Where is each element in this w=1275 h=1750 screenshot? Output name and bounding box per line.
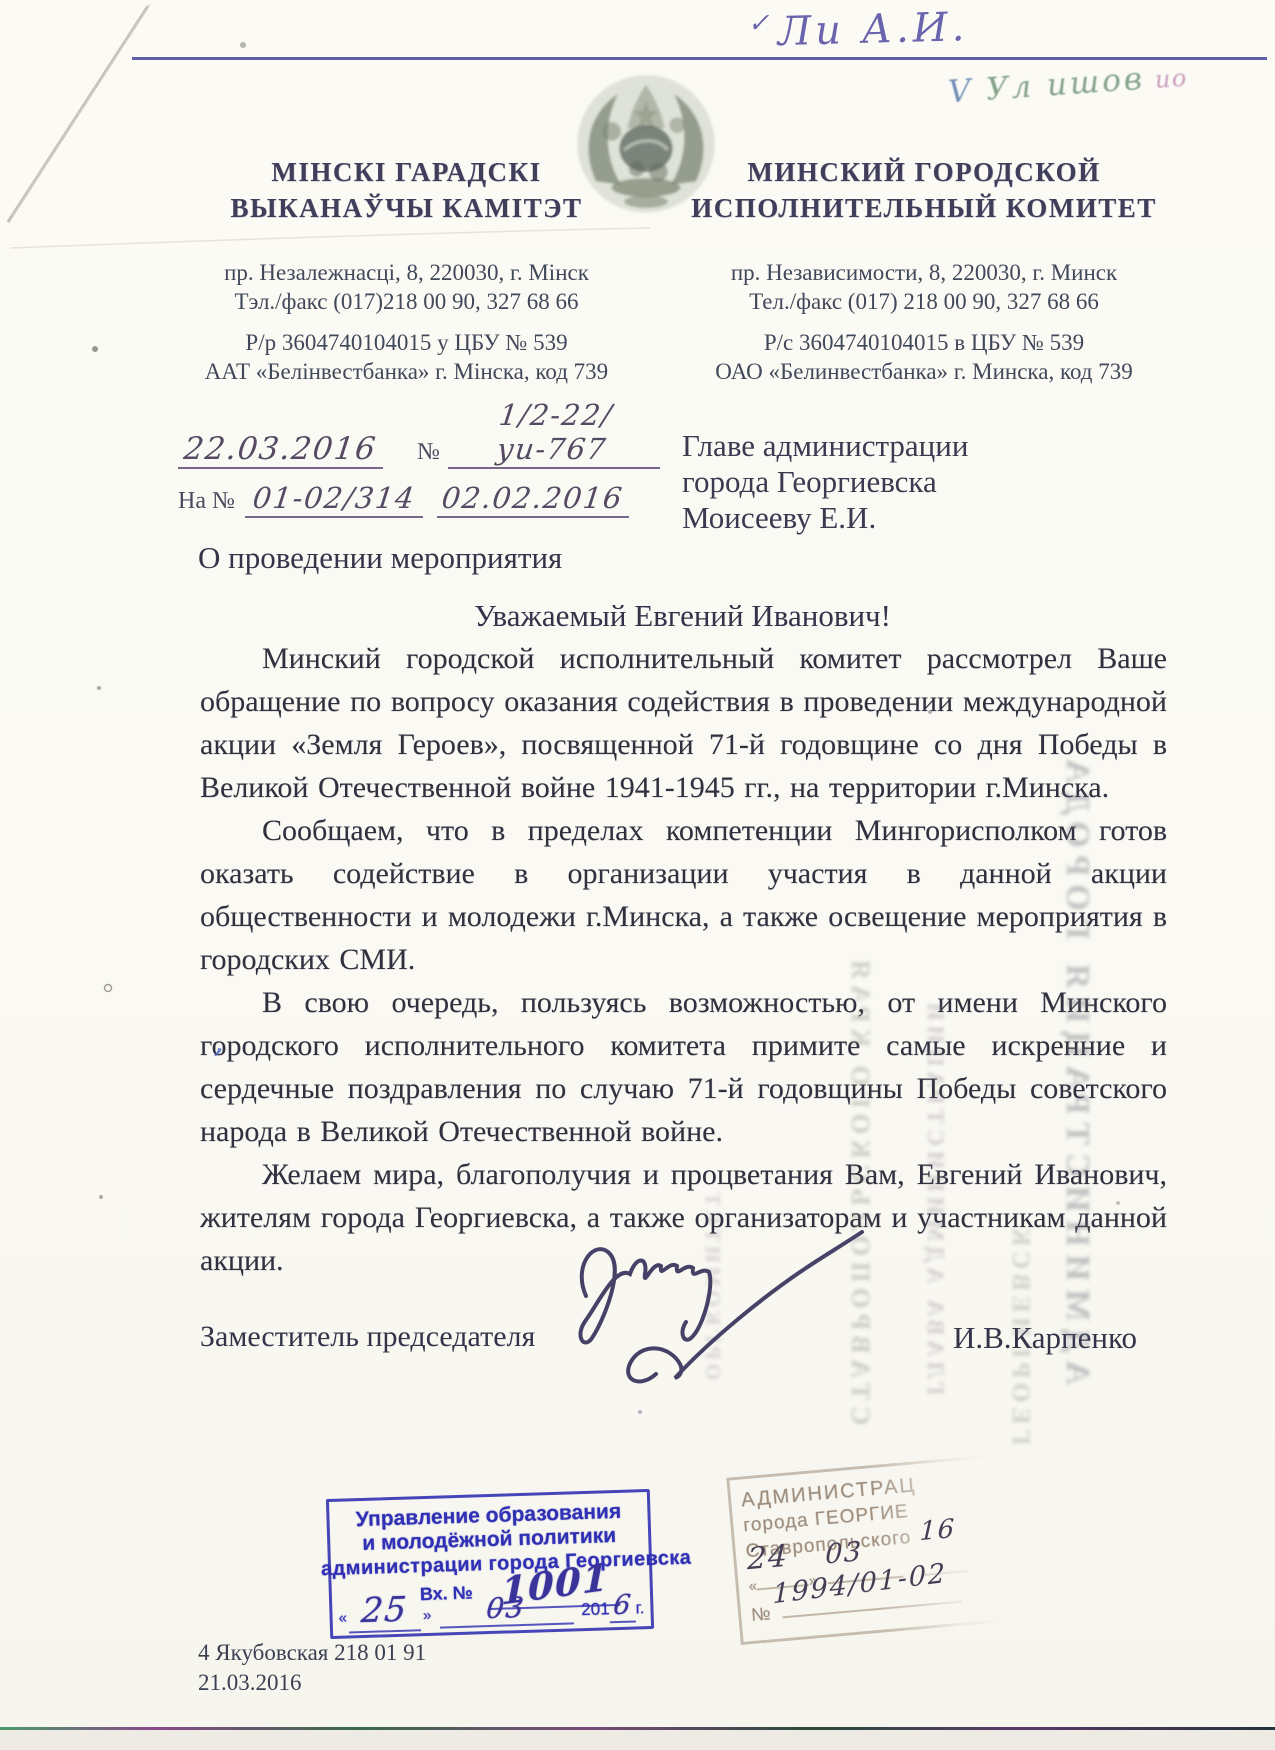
signer-name: И.В.Карпенко [953,1320,1165,1356]
incoming-label: На № [178,488,235,515]
addressee-line: Моисееву Е.И. [682,500,968,536]
reference-block: 22.03.2016 № 1/2-22/уи-767 На № 01-02/31… [178,398,668,518]
org-bank-by: Р/р 3604740104015 у ЦБУ № 539 ААТ «Белін… [163,328,650,386]
crease-line [12,4,150,216]
scan-speck [240,42,246,48]
scan-speck [97,686,101,690]
number-label: № [417,439,440,466]
checkmark-icon: ✓ [747,8,770,39]
addressee-line: Главе администрации [682,428,968,464]
top-rule [132,57,1267,60]
administration-stamp-faded: АДМИНИСТРАЦ города ГЕОРГИЕ Ставропольско… [726,1455,1002,1645]
outgoing-date: 22.03.2016 [182,431,379,467]
scan-speck [92,346,98,352]
stamp-day-handwritten: 24 [747,1538,789,1577]
addressee-block: Главе администрации города Георгиевска М… [682,428,968,536]
org-address-by: пр. Незалежнасці, 8, 220030, г. Мінск Тэ… [163,258,650,316]
handwritten-signature [552,1222,888,1404]
paragraph: В свою очередь, пользуясь возможностью, … [200,981,1167,1153]
quote-open: « [338,1610,347,1627]
addressee-line: города Георгиевска [682,464,968,500]
letter-body: Минский городской исполнительный комитет… [200,637,1167,1282]
incoming-date: 02.02.2016 [440,481,625,515]
salutation: Уважаемый Евгений Иванович! [200,598,1165,634]
outgoing-ref-row: 22.03.2016 № 1/2-22/уи-767 [178,398,668,469]
scanner-edge-area [0,1730,1275,1750]
subject-line: О проведении мероприятия [198,540,562,576]
quote-close: » [423,1607,432,1624]
number-label: № [750,1603,771,1625]
incoming-stamp-blue: Управление образования и молодёжной поли… [326,1489,654,1639]
stamp-year-handwritten: 16 [919,1514,956,1547]
stamp-year-digit: 6 [612,1590,634,1622]
stamp-month: 03 [485,1591,527,1625]
org-address-ru: пр. Независимости, 8, 220030, г. Минск Т… [676,258,1172,316]
org-title-by: МІНСКІ ГАРАДСКІ ВЫКАНАЎЧЫ КАМІТЭТ [163,154,650,226]
scan-speck [638,1410,642,1414]
stamp-day: 25 [360,1590,410,1632]
scan-speck [105,985,112,992]
incoming-ref-row: На № 01-02/314 02.02.2016 [178,481,668,518]
executor-date: 21.03.2016 [198,1668,426,1698]
outgoing-number: 1/2-22/уи-767 [444,398,664,466]
year-prefix: 201 [581,1599,610,1620]
letterhead-right: МИНСКИЙ ГОРОДСКОЙ ИСПОЛНИТЕЛЬНЫЙ КОМИТЕТ… [676,154,1172,386]
scan-speck [99,1195,103,1199]
incoming-number: 01-02/314 [251,481,417,515]
paragraph: Сообщаем, что в пределах компетенции Мин… [200,809,1167,981]
year-suffix: г. [635,1598,644,1618]
letterhead-left: МІНСКІ ГАРАДСКІ ВЫКАНАЎЧЫ КАМІТЭТ пр. Не… [163,154,650,386]
signer-title: Заместитель председателя [200,1320,535,1356]
executor-block: 4 Якубовская 218 01 91 21.03.2016 [198,1638,426,1698]
executor-line: 4 Якубовская 218 01 91 [198,1638,426,1668]
org-title-ru: МИНСКИЙ ГОРОДСКОЙ ИСПОЛНИТЕЛЬНЫЙ КОМИТЕТ [676,154,1172,226]
org-bank-ru: Р/с 3604740104015 в ЦБУ № 539 ОАО «Белин… [676,328,1172,386]
crease-line [8,6,148,222]
stamp-date-row: « 25 » 03 201 6 г. [338,1582,645,1634]
handwritten-resolution-2: VУл ишовио [947,58,1189,111]
handwritten-resolution-1: ✓Ли А.И. [747,3,968,56]
scanned-letter-page: ✓Ли А.И. VУл ишовио МІНСКІ ГАРАДСКІ ВЫКА… [0,0,1275,1750]
paragraph: Минский городской исполнительный комитет… [200,637,1167,809]
stamp-month-handwritten: 03 [825,1536,863,1570]
